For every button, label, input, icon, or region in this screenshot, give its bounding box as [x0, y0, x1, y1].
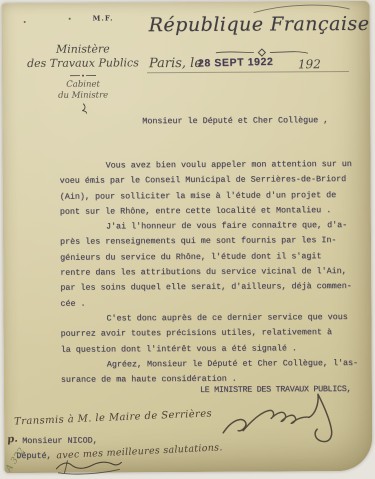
top-swash-flourish: [252, 2, 352, 15]
cabinet-line2: du Ministre: [16, 90, 150, 102]
cabinet-squiggle: [76, 103, 90, 115]
addressee-prefix-handwritten: p.: [7, 434, 19, 446]
date-stamp: 28 SEPT 1922: [198, 56, 274, 70]
ministry-heading: Ministère des Travaux Publics: [16, 42, 150, 71]
body-line: C'est donc auprès de ce dernier service …: [60, 310, 362, 327]
paper-speck: [69, 18, 71, 20]
body-line: (Ain), pour solliciter la mise à l'étude…: [60, 188, 362, 205]
paper-speck: [24, 21, 26, 23]
body-line: près les renseignements qui me sont four…: [60, 233, 362, 250]
body-line: Agréez, Monsieur le Député et Cher Collè…: [61, 356, 363, 373]
ministry-ornament: [68, 73, 98, 79]
body-line: par les soins duquel elle serait, d'aill…: [60, 279, 362, 296]
year-printed: 192: [298, 57, 321, 71]
republic-heading: République Française: [149, 13, 353, 36]
ministry-line1: Ministère: [16, 42, 150, 57]
addressee-name: Monsieur NICOD,: [22, 436, 97, 446]
minister-signature: [219, 390, 354, 451]
cabinet-heading: Cabinet du Ministre: [16, 79, 150, 102]
transmittal-note: Transmis à M. le Maire de Serrières: [14, 408, 212, 427]
place-prefix: Paris, le: [149, 56, 202, 71]
letter-body: Vous avez bien voulu appeler mon attenti…: [60, 157, 363, 388]
classification-mark: M.F.: [93, 13, 114, 22]
body-line: la question dont l'intérêt vous a été si…: [61, 340, 363, 357]
salutation: Monsieur le Député et Cher Collègue ,: [142, 115, 328, 126]
ministry-line2: des Travaux Publics: [16, 56, 150, 71]
body-line: voeu émis par le Conseil Municipal de Se…: [60, 172, 362, 189]
sender-signature: [53, 457, 125, 475]
cabinet-line1: Cabinet: [16, 79, 150, 91]
date-baseline-rule: [147, 71, 349, 73]
body-line: pourrez avoir toutes précisions utiles, …: [61, 325, 363, 342]
letter-paper: M.F. République Française Ministère des …: [2, 1, 373, 473]
